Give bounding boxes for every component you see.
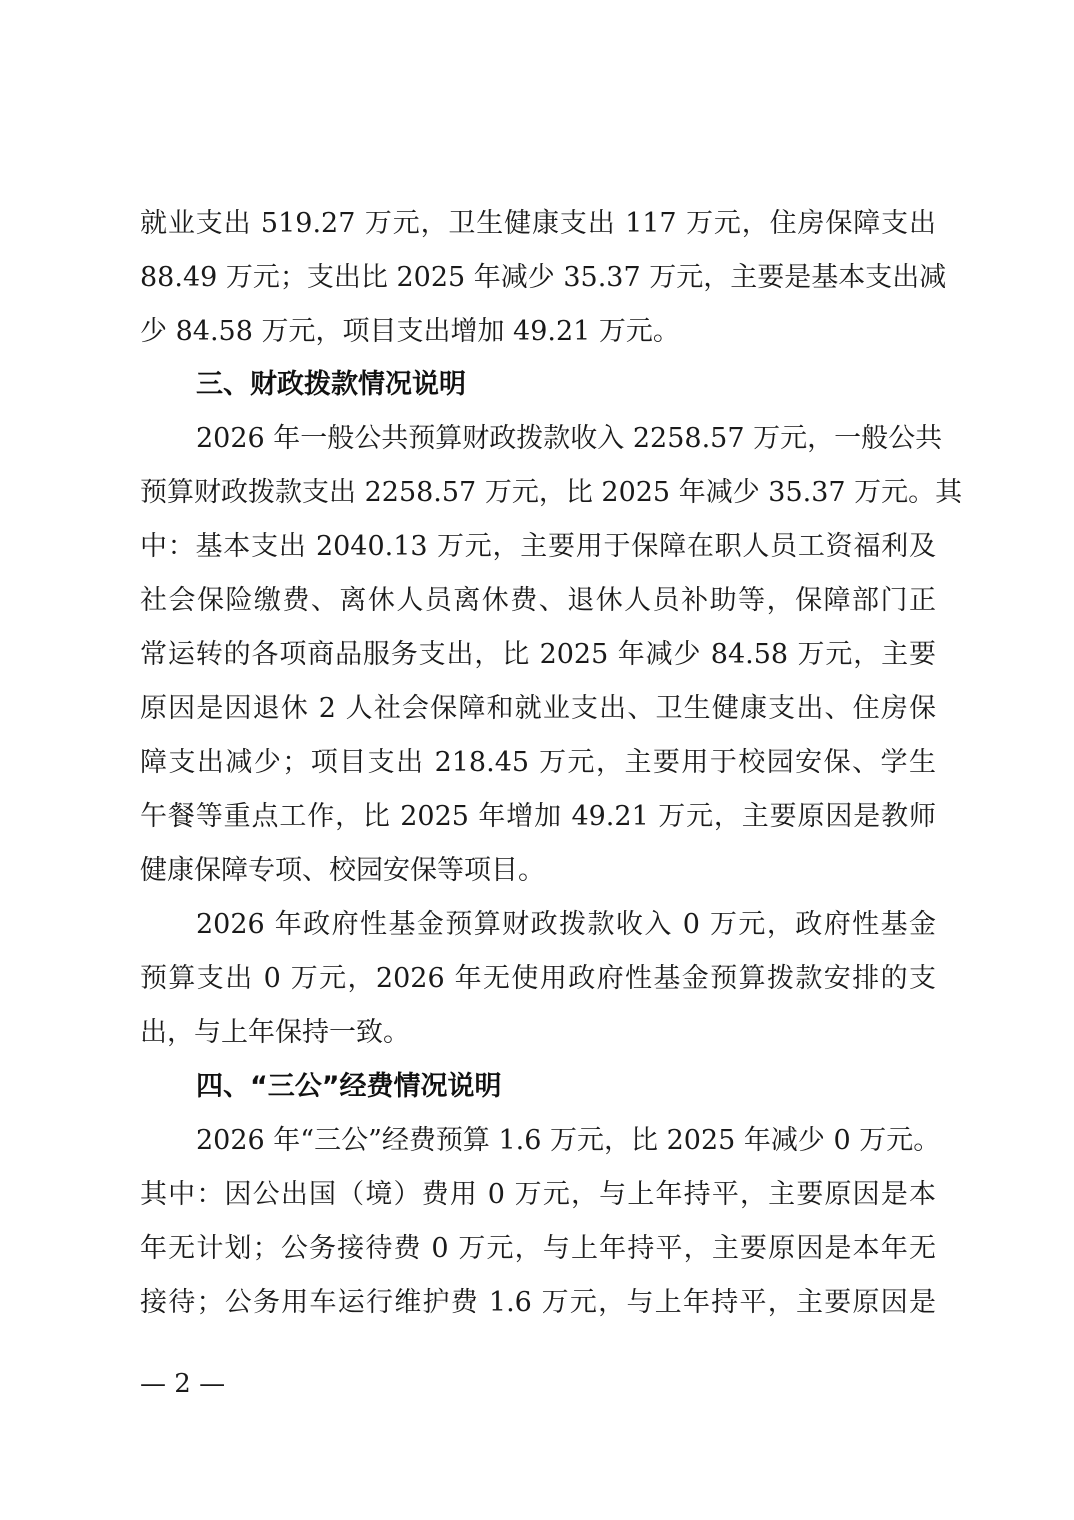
paragraph-line: 社会保险缴费、离休人员离休费、退休人员补助等，保障部门正 (140, 581, 936, 621)
paragraph-line: 中：基本支出 2040.13 万元，主要用于保障在职人员工资福利及 (140, 527, 936, 567)
paragraph-line: 年无计划；公务接待费 0 万元，与上年持平，主要原因是本年无 (140, 1229, 936, 1269)
paragraph-line: 常运转的各项商品服务支出，比 2025 年减少 84.58 万元，主要 (140, 635, 936, 675)
paragraph-line: 就业支出 519.27 万元，卫生健康支出 117 万元，住房保障支出 (140, 204, 936, 244)
document-page: 就业支出 519.27 万元，卫生健康支出 117 万元，住房保障支出 88.4… (0, 0, 1074, 1520)
paragraph-line: 障支出减少；项目支出 218.45 万元，主要用于校园安保、学生 (140, 743, 936, 783)
paragraph-line: 88.49 万元；支出比 2025 年减少 35.37 万元，主要是基本支出减 (140, 258, 936, 298)
paragraph-line: 少 84.58 万元，项目支出增加 49.21 万元。 (140, 312, 936, 352)
section-heading-fiscal-appropriation: 三、财政拨款情况说明 (196, 365, 466, 405)
section-heading-three-public-expenses: 四、“三公”经费情况说明 (196, 1067, 502, 1107)
paragraph-line: 预算支出 0 万元，2026 年无使用政府性基金预算拨款安排的支 (140, 959, 936, 999)
paragraph-line: 接待；公务用车运行维护费 1.6 万元，与上年持平，主要原因是 (140, 1283, 936, 1323)
paragraph-line: 出，与上年保持一致。 (140, 1013, 936, 1053)
page-number: — 2 — (140, 1366, 225, 1402)
paragraph-line: 2026 年“三公”经费预算 1.6 万元，比 2025 年减少 0 万元。 (196, 1121, 936, 1161)
paragraph-line: 原因是因退休 2 人社会保障和就业支出、卫生健康支出、住房保 (140, 689, 936, 729)
paragraph-line: 预算财政拨款支出 2258.57 万元，比 2025 年减少 35.37 万元。… (140, 473, 936, 513)
paragraph-line: 健康保障专项、校园安保等项目。 (140, 851, 936, 891)
paragraph-line: 2026 年一般公共预算财政拨款收入 2258.57 万元，一般公共 (196, 419, 936, 459)
paragraph-line: 午餐等重点工作，比 2025 年增加 49.21 万元，主要原因是教师 (140, 797, 936, 837)
paragraph-line: 其中：因公出国（境）费用 0 万元，与上年持平，主要原因是本 (140, 1175, 936, 1215)
paragraph-line: 2026 年政府性基金预算财政拨款收入 0 万元，政府性基金 (196, 905, 936, 945)
